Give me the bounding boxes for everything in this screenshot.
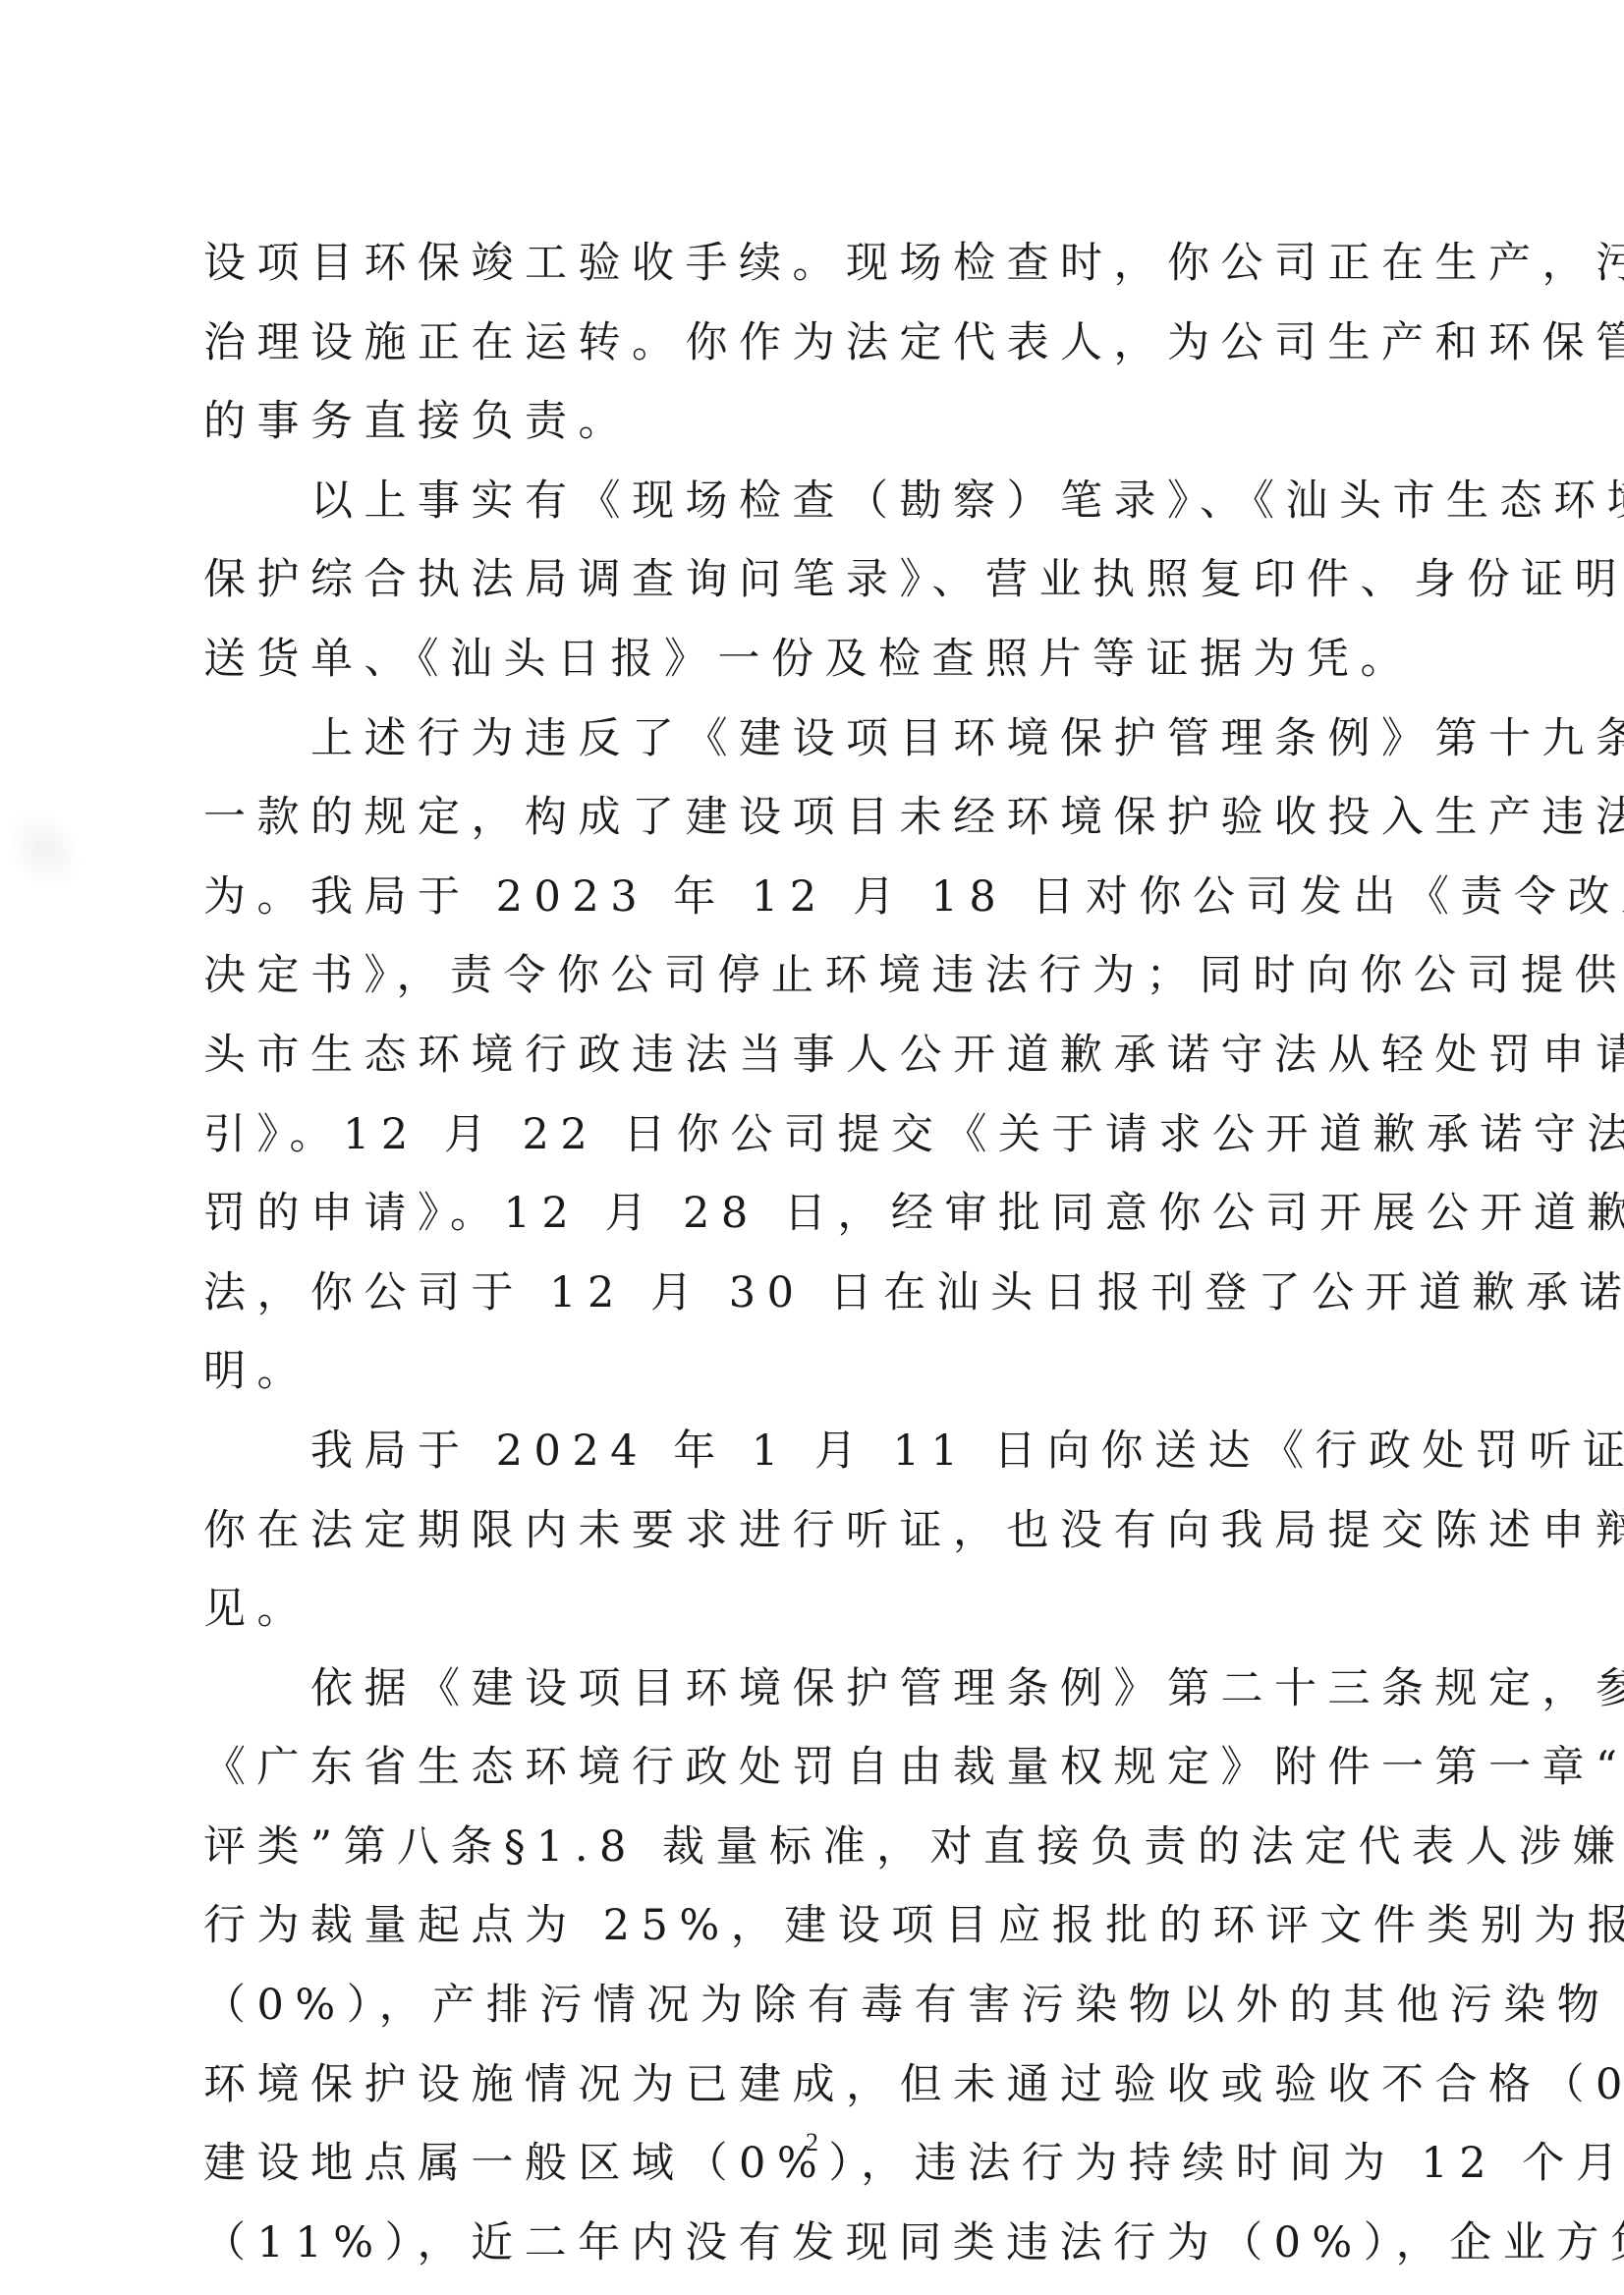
text-line: 保护综合执法局调查询问笔录》、营业执照复印件、身份证明、 — [203, 540, 1437, 620]
text-line: 我局于 2024 年 1 月 11 日向你送达《行政处罚听证告知书》， — [203, 1412, 1437, 1491]
text-line: 你在法定期限内未要求进行听证，也没有向我局提交陈述申辩意 — [203, 1491, 1437, 1571]
text-line: 为。我局于 2023 年 12 月 18 日对你公司发出《责令改正违法行为 — [203, 858, 1437, 937]
text-line: 明。 — [203, 1332, 1437, 1412]
text-line: 的事务直接负责。 — [203, 382, 1437, 462]
document-body: 设项目环保竣工验收手续。现场检查时，你公司正在生产，污染 治理设施正在运转。你作… — [203, 224, 1437, 2282]
text-line: 法，你公司于 12 月 30 日在汕头日报刊登了公开道歉承诺守法声 — [203, 1254, 1437, 1333]
text-line: 依据《建设项目环境保护管理条例》第二十三条规定，参照 — [203, 1650, 1437, 1729]
document-page: 设项目环保竣工验收手续。现场检查时，你公司正在生产，污染 治理设施正在运转。你作… — [0, 0, 1624, 2295]
page-number: 2 — [0, 2128, 1624, 2157]
text-line: （11%），近二年内没有发现同类违法行为（0%），企业方负责人 — [203, 2204, 1437, 2283]
paragraph-legal-basis: 依据《建设项目环境保护管理条例》第二十三条规定，参照 《广东省生态环境行政处罚自… — [203, 1650, 1437, 2283]
text-line: 决定书》，责令你公司停止环境违法行为；同时向你公司提供《汕 — [203, 936, 1437, 1016]
text-line: 上述行为违反了《建设项目环境保护管理条例》第十九条第 — [203, 700, 1437, 779]
text-line: 环境保护设施情况为已建成，但未通过验收或验收不合格（0%）， — [203, 2045, 1437, 2125]
text-line: 罚的申请》。12 月 28 日，经审批同意你公司开展公开道歉承诺守 — [203, 1174, 1437, 1254]
text-line: （0%），产排污情况为除有毒有害污染物以外的其他污染物（5%）， — [203, 1966, 1437, 2045]
text-line: 见。 — [203, 1570, 1437, 1650]
text-line: 头市生态环境行政违法当事人公开道歉承诺守法从轻处罚申请指 — [203, 1016, 1437, 1095]
text-line: 引》。12 月 22 日你公司提交《关于请求公开道歉承诺守法从轻处 — [203, 1095, 1437, 1175]
text-line: 以上事实有《现场检查（勘察）笔录》、《汕头市生态环境 — [203, 462, 1437, 541]
text-line: 设项目环保竣工验收手续。现场检查时，你公司正在生产，污染 — [203, 224, 1437, 304]
text-line: 一款的规定，构成了建设项目未经环境保护验收投入生产违法行 — [203, 778, 1437, 858]
paragraph-violation: 上述行为违反了《建设项目环境保护管理条例》第十九条第 一款的规定，构成了建设项目… — [203, 700, 1437, 1412]
text-line: 治理设施正在运转。你作为法定代表人，为公司生产和环保管理 — [203, 304, 1437, 383]
paragraph-hearing-notice: 我局于 2024 年 1 月 11 日向你送达《行政处罚听证告知书》， 你在法定… — [203, 1412, 1437, 1650]
text-line: 《广东省生态环境行政处罚自由裁量权规定》附件一第一章“环 — [203, 1728, 1437, 1808]
text-line: 评类”第八条§1.8 裁量标准，对直接负责的法定代表人涉嫌违法 — [203, 1808, 1437, 1887]
paragraph-responsibility: 设项目环保竣工验收手续。现场检查时，你公司正在生产，污染 治理设施正在运转。你作… — [203, 224, 1437, 462]
text-line: 行为裁量起点为 25%，建设项目应报批的环评文件类别为报告表类 — [203, 1886, 1437, 1966]
paragraph-evidence: 以上事实有《现场检查（勘察）笔录》、《汕头市生态环境 保护综合执法局调查询问笔录… — [203, 462, 1437, 700]
scan-artifact — [0, 794, 97, 906]
text-line: 送货单、《汕头日报》一份及检查照片等证据为凭。 — [203, 620, 1437, 700]
